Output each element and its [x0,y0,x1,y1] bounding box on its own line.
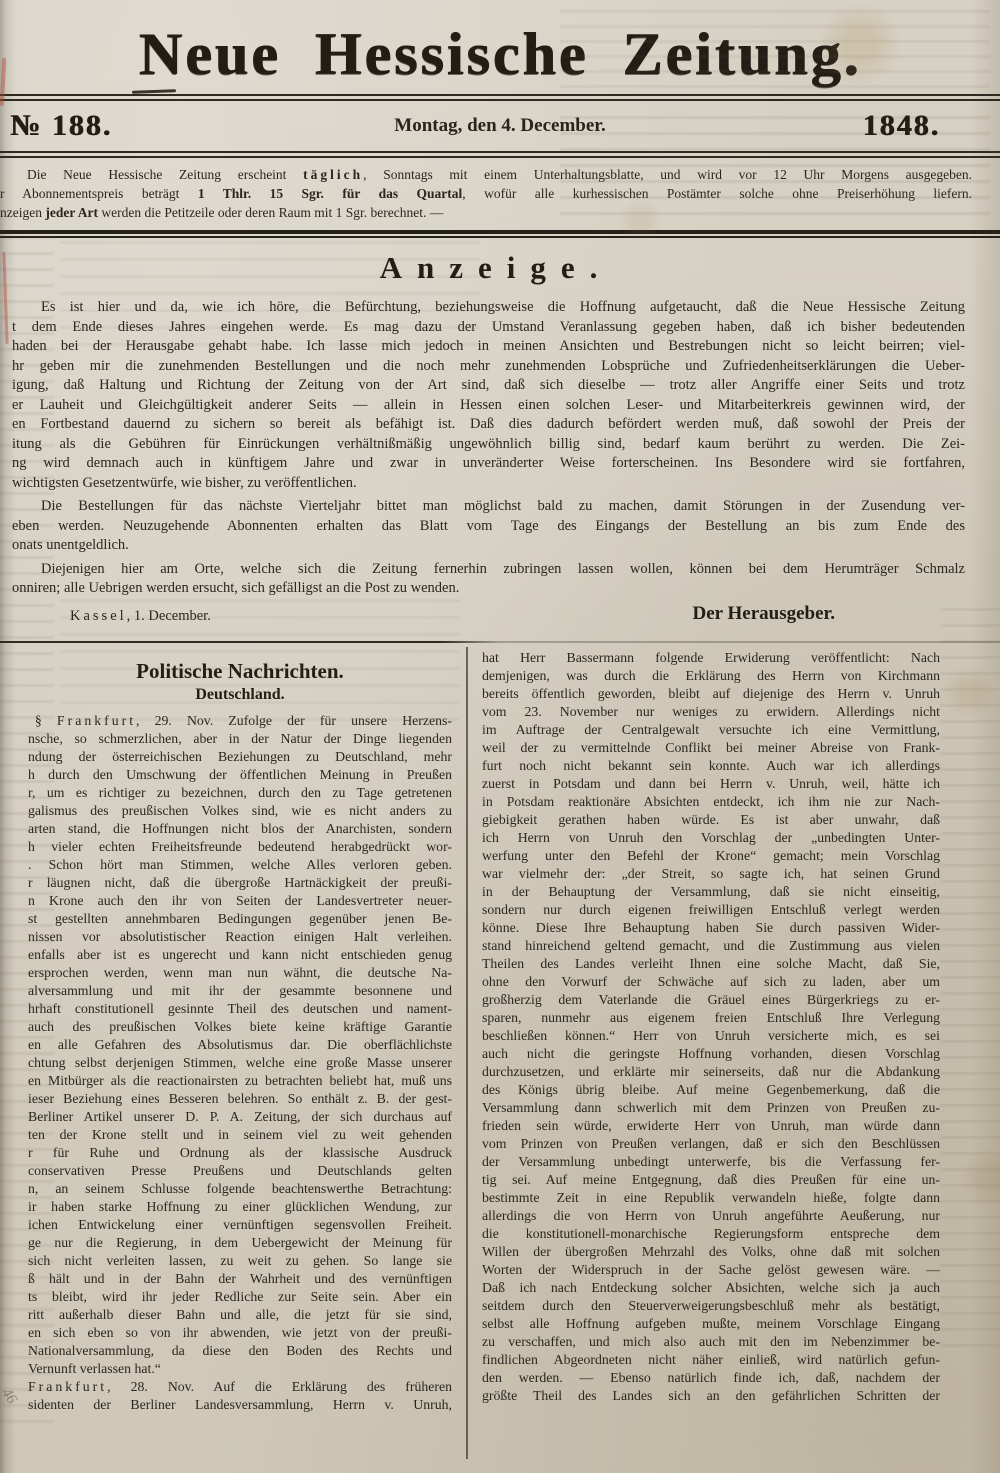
signature-row: Kassel, 1. December. Der Herausgeber. [12,603,965,637]
anzeige-paragraph: Es ist hier und da, wie ich höre, die Be… [12,298,965,493]
right-column: hat Herr Bassermann folgende Erwiderung … [482,647,940,1459]
left-column: Politische Nachrichten. Deutschland. § F… [28,647,452,1459]
issue-date: Montag, den 4. December. [0,115,1000,137]
kassel-dateline: Kassel, 1. December. [70,607,211,627]
anzeige-section: Anzeige. Es ist hier und da, wie ich hör… [12,250,965,637]
heavy-rule [0,230,1000,238]
double-rule [0,94,1000,101]
anzeige-paragraph: Die Bestellungen für das nächste Viertel… [12,497,965,556]
newspaper-page: Neue Hessische Zeitung. № 188. Montag, d… [0,0,1000,1473]
news-columns: Politische Nachrichten. Deutschland. § F… [0,643,1000,1459]
subscription-notice: Die Neue Hessische Zeitung erscheint täg… [0,158,1000,228]
anzeige-paragraph: Diejenigen hier am Orte, welche sich die… [12,560,965,599]
masthead-title: Neue Hessische Zeitung. [0,14,1000,94]
left-column-text: § Frankfurt, 29. Nov. Zufolge der für un… [28,712,452,1414]
red-pencil-mark [2,252,8,344]
double-rule [0,151,1000,158]
anzeige-heading: Anzeige. [12,250,965,286]
right-column-text: hat Herr Bassermann folgende Erwiderung … [482,649,940,1405]
issue-row: № 188. Montag, den 4. December. 1848. [0,101,1000,151]
column-divider [466,647,468,1459]
masthead: Neue Hessische Zeitung. [0,0,1000,94]
section-title-politische-nachrichten: Politische Nachrichten. [28,659,452,684]
publisher-signature: Der Herausgeber. [693,603,835,625]
subsection-deutschland: Deutschland. [28,686,452,704]
